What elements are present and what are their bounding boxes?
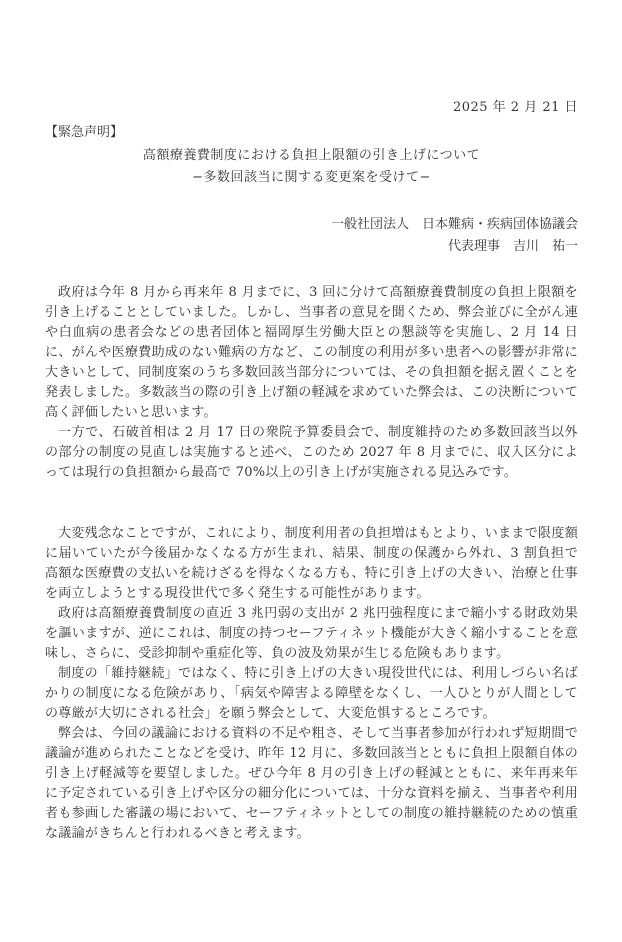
paragraph: 弊会は、今回の議論における資料の不足や粗さ、そして当事者参加が行われず短期間で議… (45, 724, 578, 844)
signature-block: 一般社団法人 日本難病・疾病団体協議会 代表理事 吉川 祐一 (45, 214, 578, 258)
paragraph: 一方で、石破首相は 2 月 17 日の衆院予算委員会で、制度維持のため多数回該当… (45, 423, 578, 483)
document-page: 2025 年 2 月 21 日 【緊急声明】 高額療養費制度における負担上限額の… (0, 0, 622, 942)
document-subtitle: −多数回該当に関する変更案を受けて− (45, 168, 578, 188)
paragraph: 大変残念なことですが、これにより、制度利用者の負担増はもとより、いままで限度額に… (45, 524, 578, 604)
organization-name: 一般社団法人 日本難病・疾病団体協議会 (45, 214, 578, 236)
representative-name: 代表理事 吉川 祐一 (45, 236, 578, 258)
paragraph: 政府は高額療養費制度の直近 3 兆円弱の支出が 2 兆円強程度にまで縮小する財政… (45, 604, 578, 664)
statement-label: 【緊急声明】 (45, 123, 578, 143)
paragraph: 制度の「維持継続」ではなく、特に引き上げの大きい現役世代には、利用しづらい名ばか… (45, 664, 578, 724)
document-body: 政府は今年 8 月から再来年 8 月までに、3 回に分けて高額療養費制度の負担上… (45, 283, 578, 844)
date-line: 2025 年 2 月 21 日 (45, 98, 578, 118)
document-title: 高額療養費制度における負担上限額の引き上げについて (45, 146, 578, 166)
paragraph: 政府は今年 8 月から再来年 8 月までに、3 回に分けて高額療養費制度の負担上… (45, 283, 578, 423)
